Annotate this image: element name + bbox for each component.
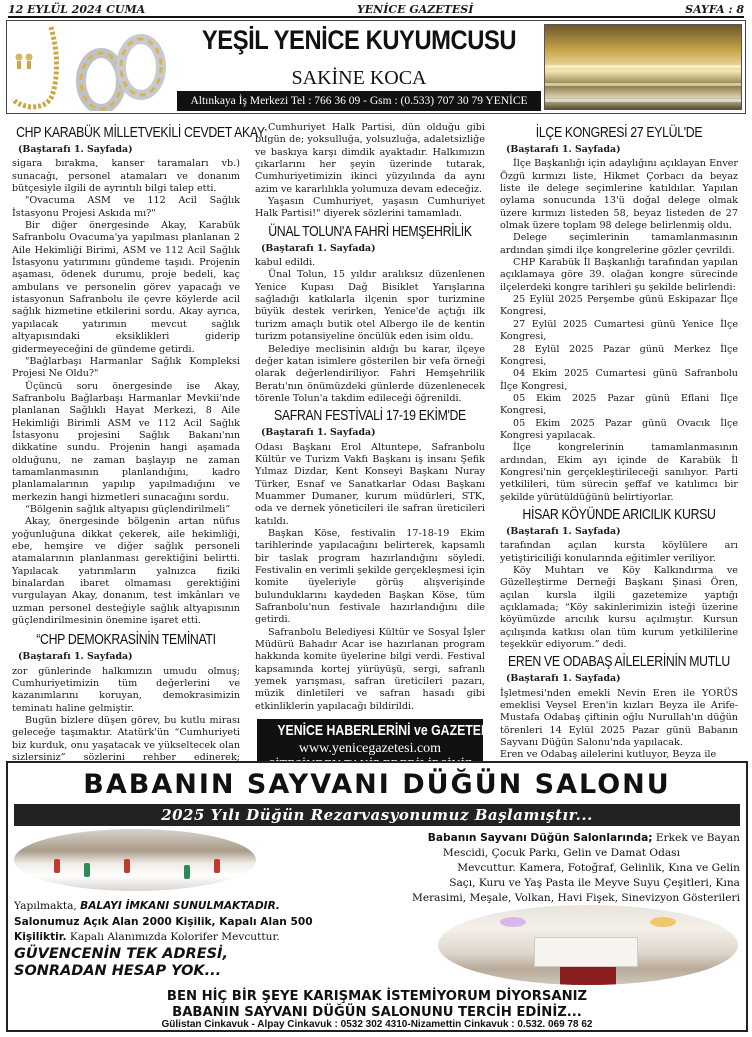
closing-slogan: BEN HİÇ BİR ŞEYE KARIŞMAK İSTEMİYORUM Dİ… <box>8 989 746 1020</box>
paragraph: "Bağlarbaşı Harmanlar Sağlık Kompleksi P… <box>12 356 240 381</box>
paragraph: Yaşasın Cumhuriyet, yaşasın Cumhuriyet H… <box>255 196 485 221</box>
promo-line-1: YENİCE HABERLERİNİ ve GAZETEMİZİ <box>277 722 462 740</box>
source-label: (Baştarafı 1. Sayfada) <box>261 427 485 439</box>
paragraph: CHP Karabük İl Başkanlığı tarafından yap… <box>500 257 738 294</box>
source-label: (Baştarafı 1. Sayfada) <box>261 243 485 255</box>
services-text: Babanın Sayvanı Düğün Salonlarında; Erke… <box>230 831 740 906</box>
website-link[interactable]: www.yenicegazetesi.com <box>257 740 483 757</box>
headline-safran: SAFRAN FESTİVALİ 17-19 EKİM'DE <box>259 406 480 425</box>
paragraph: 27 Eylül 2025 Cumartesi günü Yenice İlçe… <box>500 319 738 344</box>
paragraph: İşletmesi'nden emekli Nevin Eren ile YOR… <box>500 688 738 750</box>
paragraph: 28 Eylül 2025 Pazar günü Merkez İlçe Kon… <box>500 344 738 369</box>
paragraph: Başkan Köse, festivalin 17-18-19 Ekim ta… <box>255 528 485 627</box>
paragraph: Belediye meclisinin aldığı bu karar, ilç… <box>255 344 485 406</box>
honeymoon-offer: BALAYI İMKANI SUNULMAKTADIR. <box>80 900 280 912</box>
paragraph: 05 Ekim 2025 Pazar günü Ovacık İlçe Kong… <box>500 418 738 443</box>
capacity-line-2: Kişiliktir. <box>14 931 67 943</box>
column-1: CHP KARABÜK MİLLETVEKİLİ CEVDET AKAY: (B… <box>12 122 240 814</box>
headline-kongre: İLÇE KONGRESİ 27 EYLÜL'DE <box>505 123 733 142</box>
paragraph: Köy Muhtarı ve Köy Kalkındırma ve Güzell… <box>500 565 738 651</box>
headline-akay: CHP KARABÜK MİLLETVEKİLİ CEVDET AKAY: <box>16 123 236 142</box>
capacity-text: Yapılmakta, BALAYI İMKANI SUNULMAKTADIR.… <box>14 899 394 980</box>
paragraph: kabul edildi. <box>255 257 485 269</box>
jeweller-owner: SAKİNE KOCA <box>175 67 543 90</box>
slogan-line-1: BEN HİÇ BİR ŞEYE KARIŞMAK İSTEMİYORUM Dİ… <box>8 989 746 1005</box>
paragraph: Akay, önergesinde bölgenin artan nüfus y… <box>12 516 240 627</box>
newspaper-name: YENİCE GAZETESİ <box>357 3 473 16</box>
wedding-hall-title: BABANIN SAYVANI DÜĞÜN SALONU <box>8 769 746 800</box>
column-3: İLÇE KONGRESİ 27 EYLÜL'DE (Baştarafı 1. … <box>500 122 738 774</box>
capacity-line: Salonumuz Açık Alan 2000 Kişilik, Kapalı… <box>14 915 394 931</box>
paragraph: Odası Başkanı Erol Altuntepe, Safranbolu… <box>255 442 485 528</box>
slogan-line-2: BABANIN SAYVANI DÜĞÜN SALONUNU TERCİH ED… <box>8 1005 746 1021</box>
jeweller-ad: YEŞİL YENİCE KUYUMCUSU SAKİNE KOCA Altın… <box>6 20 746 114</box>
source-label: (Baştarafı 1. Sayfada) <box>506 526 738 538</box>
jewelry-image <box>9 23 177 111</box>
paragraph: Safranbolu Belediyesi Kültür ve Sosyal İ… <box>255 627 485 713</box>
heating-note: Kapalı Alanımızda Kolorifer Mevcuttur. <box>70 931 280 943</box>
paragraph: 05 Ekim 2025 Pazar günü Eflani İlçe Kong… <box>500 393 738 418</box>
paragraph: Cumhuriyet Halk Partisi, dün olduğu gibi… <box>255 122 485 196</box>
paragraph: Eren ve Odabaş ailelerini kutluyor, Beyz… <box>500 749 738 761</box>
headline-hisar: HİSAR KÖYÜNDE ARICILIK KURSU <box>505 505 733 524</box>
services-line: Saçı, Kuru ve Yaş Pasta ile Meyve Suyu Ç… <box>230 876 740 891</box>
headline-demokrasi: “CHP DEMOKRASİNİN TEMİNATI <box>16 630 236 649</box>
paragraph: Delege seçimlerinin tamamlanmasının ardı… <box>500 232 738 257</box>
issue-date: 12 EYLÜL 2024 CUMA <box>8 3 145 16</box>
paragraph: “Bölgenin sağlık altyapısı güçlendirilme… <box>12 504 240 516</box>
source-label: (Baştarafı 1. Sayfada) <box>18 651 240 663</box>
source-label: (Baştarafı 1. Sayfada) <box>506 144 738 156</box>
services-line: Mevcuttur. Kamera, Fotoğraf, Gelinlik, K… <box>230 861 740 876</box>
headline-eren: EREN VE ODABAŞ AİLELERİNİN MUTLU <box>505 652 733 671</box>
contact-numbers: Gülistan Cinkavuk - Alpay Cinkavuk : 053… <box>8 1019 746 1030</box>
headline-tolun: ÜNAL TOLUN'A FAHRİ HEMŞEHRİLİK <box>259 222 480 241</box>
trust-slogan-2: SONRADAN HESAP YOK... <box>14 963 394 980</box>
paragraph: sigara bırakma, kanser taramaları vb.) s… <box>12 158 240 195</box>
paragraph: 25 Eylül 2025 Perşembe günü Eskipazar İl… <box>500 294 738 319</box>
paragraph: zor günlerinde halkımızın umudu olmuş; C… <box>12 666 240 715</box>
jeweller-contact: Altınkaya İş Merkezi Tel : 766 36 09 - G… <box>177 91 541 111</box>
jewelry-shop-photo <box>544 24 742 110</box>
reservation-banner: 2025 Yılı Düğün Rezarvasyonumuz Başlamış… <box>14 804 740 826</box>
yapilmakta-text: Yapılmakta, <box>14 900 77 912</box>
page-number: SAYFA : 8 <box>685 3 744 16</box>
jeweller-title: YEŞİL YENİCE KUYUMCUSU <box>197 25 521 56</box>
paragraph: İlçe Başkanlığı için adaylığını açıklaya… <box>500 158 738 232</box>
wedding-hall-ad: BABANIN SAYVANI DÜĞÜN SALONU 2025 Yılı D… <box>6 761 748 1032</box>
paragraph: tarafından açılan kursta köylülere arı y… <box>500 540 738 565</box>
paragraph: Bir diğer önergesinde Akay, Karabük Safr… <box>12 220 240 356</box>
wedding-hall-photo <box>14 829 256 891</box>
services-line: Mescidi, Çocuk Parkı, Gelin ve Damat Oda… <box>230 846 740 861</box>
source-label: (Baştarafı 1. Sayfada) <box>506 673 738 685</box>
paragraph: "Ovacuma ASM ve 112 Acil Sağlık İstasyon… <box>12 195 240 220</box>
paragraph: Üçüncü soru önergesinde ise Akay, Safran… <box>12 381 240 504</box>
paragraph: Ünal Tolun, 15 yıldır aralıksız düzenlen… <box>255 269 485 343</box>
source-label: (Baştarafı 1. Sayfada) <box>18 144 240 156</box>
paragraph: 04 Ekim 2025 Cumartesi günü Safranbolu İ… <box>500 368 738 393</box>
header-rule <box>8 16 744 18</box>
column-2: Cumhuriyet Halk Partisi, dün olduğu gibi… <box>255 122 485 776</box>
trust-slogan-1: GÜVENCENİN TEK ADRESİ, <box>14 946 394 963</box>
services-line: Erkek ve Bayan <box>656 832 740 844</box>
services-intro: Babanın Sayvanı Düğün Salonlarında; <box>428 832 653 844</box>
bridal-table-photo <box>438 905 738 985</box>
page-header: 12 EYLÜL 2024 CUMA YENİCE GAZETESİ SAYFA… <box>8 2 744 16</box>
paragraph: İlçe kongrelerinin tamamlanmasının ardın… <box>500 442 738 504</box>
